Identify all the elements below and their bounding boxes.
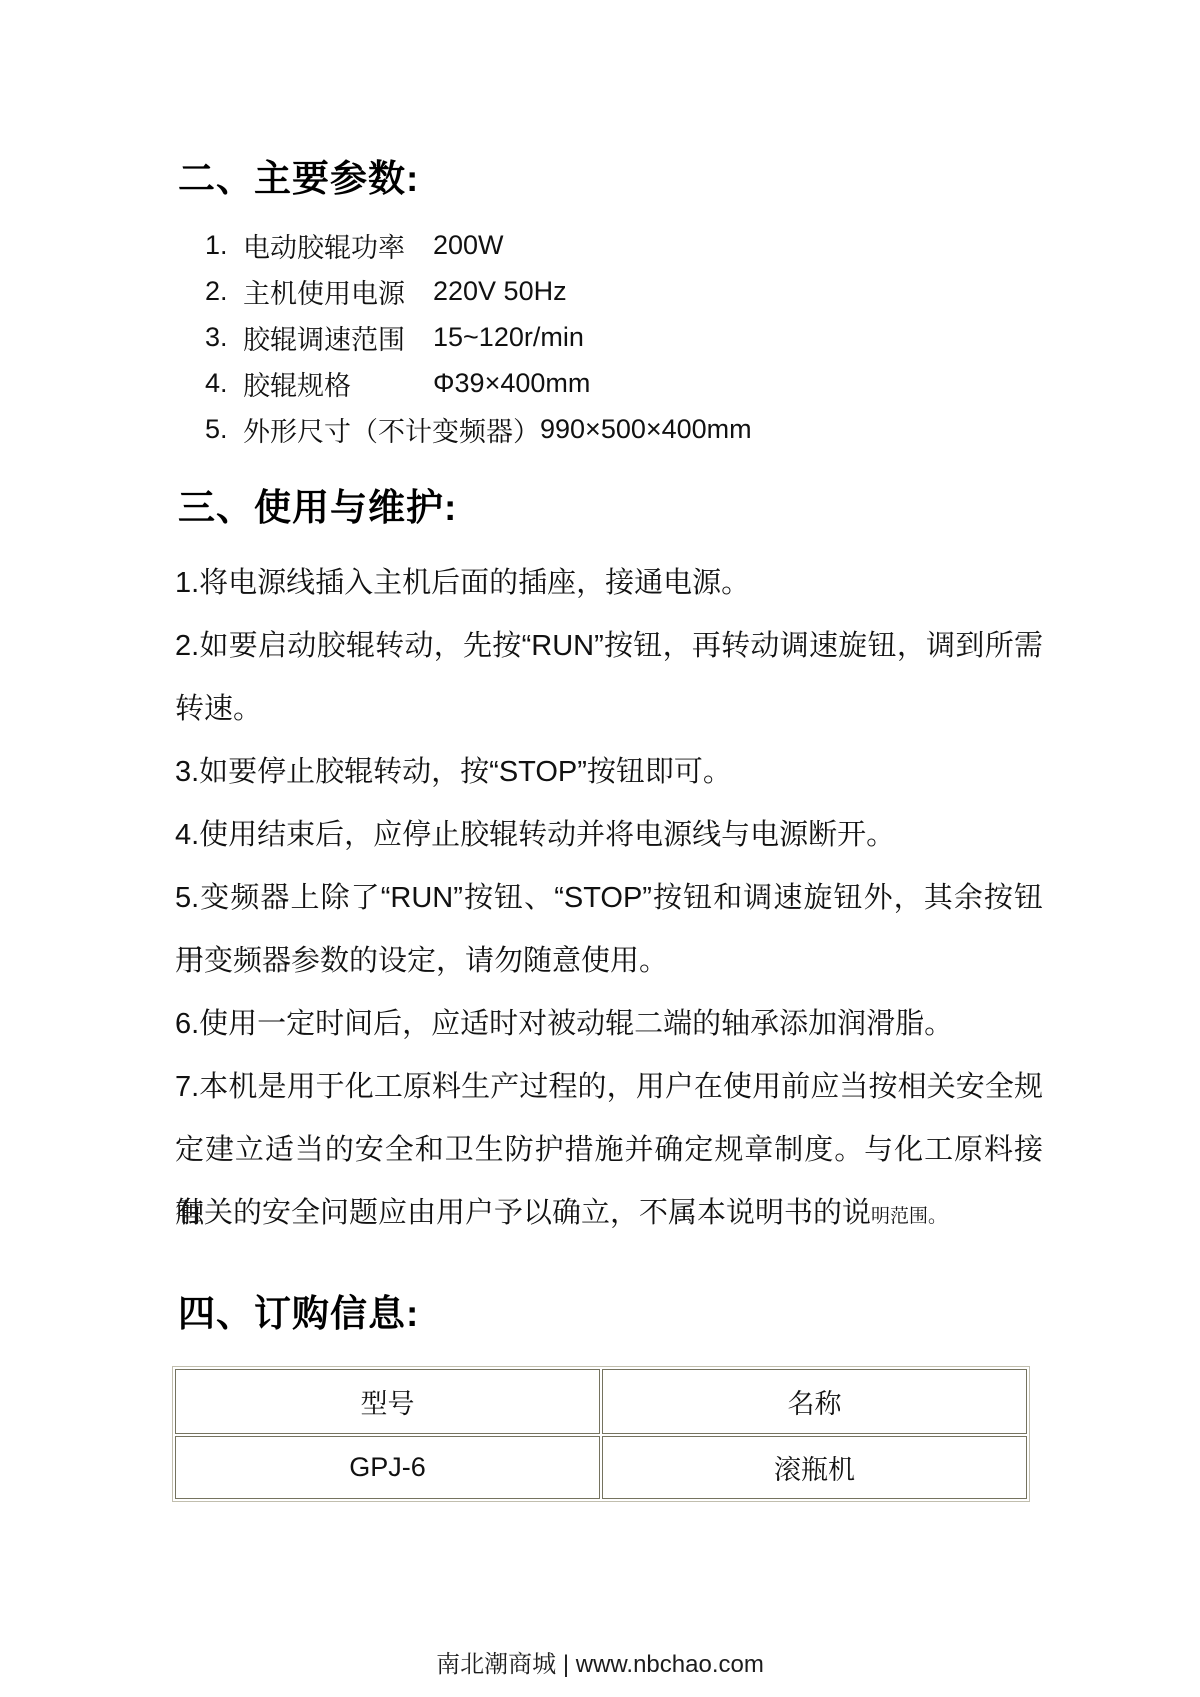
parameter-number: 5. — [205, 414, 243, 445]
parameter-number: 2. — [205, 276, 243, 307]
parameter-label: 胶辊调速范围 — [243, 318, 433, 357]
parameter-list: 1. 电动胶辊功率 200W 2. 主机使用电源 220V 50Hz 3. 胶辊… — [205, 222, 752, 452]
manual-page: 二、主要参数: 1. 电动胶辊功率 200W 2. 主机使用电源 220V 50… — [0, 0, 1200, 1697]
parameter-item: 4. 胶辊规格 Φ39×400mm — [205, 360, 752, 406]
order-info-table: 型号 名称 GPJ-6 滚瓶机 — [172, 1366, 1030, 1502]
table-row: GPJ-6 滚瓶机 — [175, 1436, 1027, 1499]
maintenance-line: 4.使用结束后，应停止胶辊转动并将电源线与电源断开。 — [175, 804, 1043, 867]
section-heading-order-info: 四、订购信息: — [178, 1283, 419, 1337]
parameter-item: 3. 胶辊调速范围 15~120r/min — [205, 314, 752, 360]
parameter-value: 220V 50Hz — [433, 276, 567, 307]
parameter-value: Φ39×400mm — [433, 368, 590, 399]
parameter-item: 1. 电动胶辊功率 200W — [205, 222, 752, 268]
maintenance-line: 7.本机是用于化工原料生产过程的，用户在使用前应当按相关安全规 — [175, 1056, 1043, 1119]
parameter-number: 4. — [205, 368, 243, 399]
table-header-name: 名称 — [602, 1369, 1027, 1434]
section-heading-usage-maintenance: 三、使用与维护: — [178, 477, 457, 531]
maintenance-line: 6.使用一定时间后，应适时对被动辊二端的轴承添加润滑脂。 — [175, 993, 1043, 1056]
maintenance-line: 有关的安全问题应由用户予以确立，不属本说明书的说明范围。 — [175, 1182, 1043, 1245]
maintenance-line: 1.将电源线插入主机后面的插座，接通电源。 — [175, 552, 1043, 615]
table-cell-name: 滚瓶机 — [602, 1436, 1027, 1499]
parameter-label: 外形尺寸（不计变频器） — [243, 410, 540, 449]
maintenance-line: 定建立适当的安全和卫生防护措施并确定规章制度。与化工原料接触 — [175, 1119, 1043, 1182]
table-cell-model: GPJ-6 — [175, 1436, 600, 1499]
section-heading-main-parameters: 二、主要参数: — [178, 148, 419, 202]
parameter-item: 2. 主机使用电源 220V 50Hz — [205, 268, 752, 314]
usage-maintenance-text: 1.将电源线插入主机后面的插座，接通电源。 2.如要启动胶辊转动，先按“RUN”… — [175, 552, 1043, 1245]
table-header-row: 型号 名称 — [175, 1369, 1027, 1434]
parameter-value: 15~120r/min — [433, 322, 584, 353]
parameter-label: 电动胶辊功率 — [243, 226, 433, 265]
parameter-label: 主机使用电源 — [243, 272, 433, 311]
parameter-value: 200W — [433, 230, 504, 261]
maintenance-line-small-suffix: 明范围。 — [871, 1206, 947, 1227]
site-footer: 南北潮商城 | www.nbchao.com — [0, 1644, 1200, 1679]
maintenance-line: 于变频器参数的设定，请勿随意使用。 — [175, 930, 1043, 993]
table-header-model: 型号 — [175, 1369, 600, 1434]
maintenance-line: 5.变频器上除了“RUN”按钮、“STOP”按钮和调速旋钮外，其余按钮用 — [175, 867, 1043, 930]
maintenance-line-text: 有关的安全问题应由用户予以确立，不属本说明书的说 — [175, 1197, 871, 1229]
parameter-number: 3. — [205, 322, 243, 353]
maintenance-line: 2.如要启动胶辊转动，先按“RUN”按钮，再转动调速旋钮，调到所需 — [175, 615, 1043, 678]
parameter-value: 990×500×400mm — [540, 414, 752, 445]
maintenance-line: 3.如要停止胶辊转动，按“STOP”按钮即可。 — [175, 741, 1043, 804]
parameter-number: 1. — [205, 230, 243, 261]
maintenance-line: 转速。 — [175, 678, 1043, 741]
parameter-item: 5. 外形尺寸（不计变频器） 990×500×400mm — [205, 406, 752, 452]
parameter-label: 胶辊规格 — [243, 364, 433, 403]
